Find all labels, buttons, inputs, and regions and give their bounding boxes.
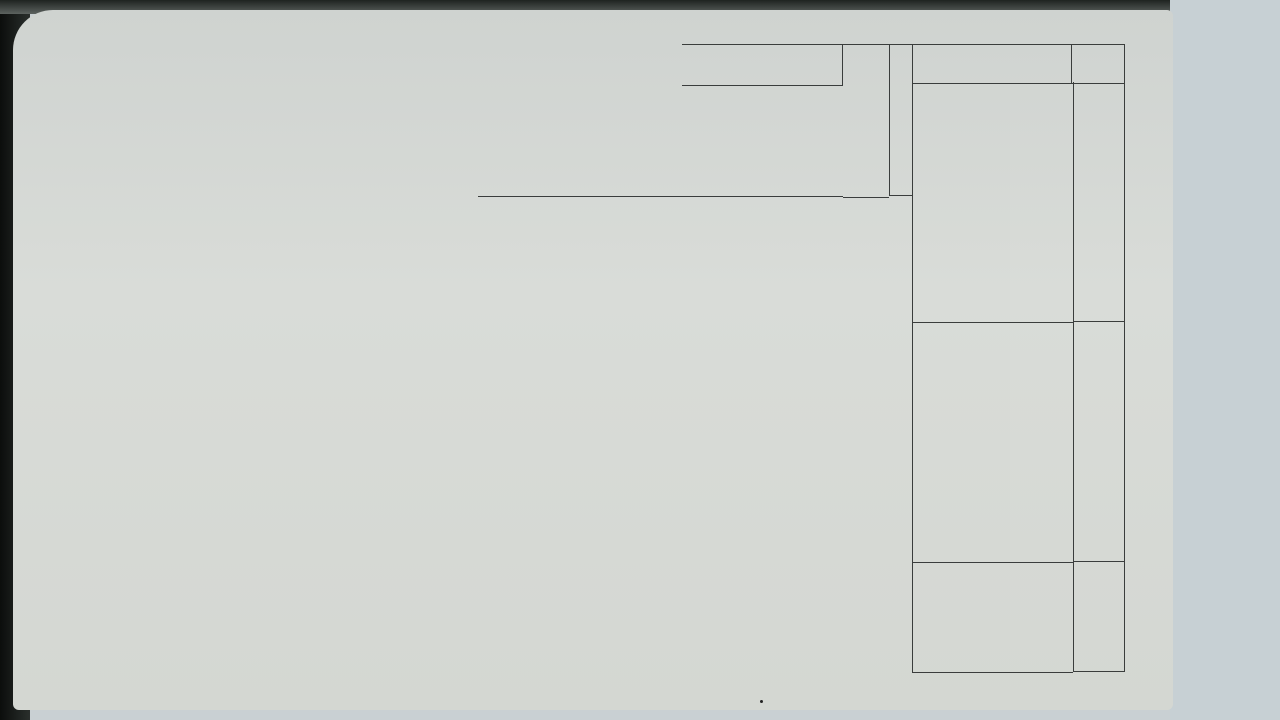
register-grid-overlay <box>0 0 1280 720</box>
